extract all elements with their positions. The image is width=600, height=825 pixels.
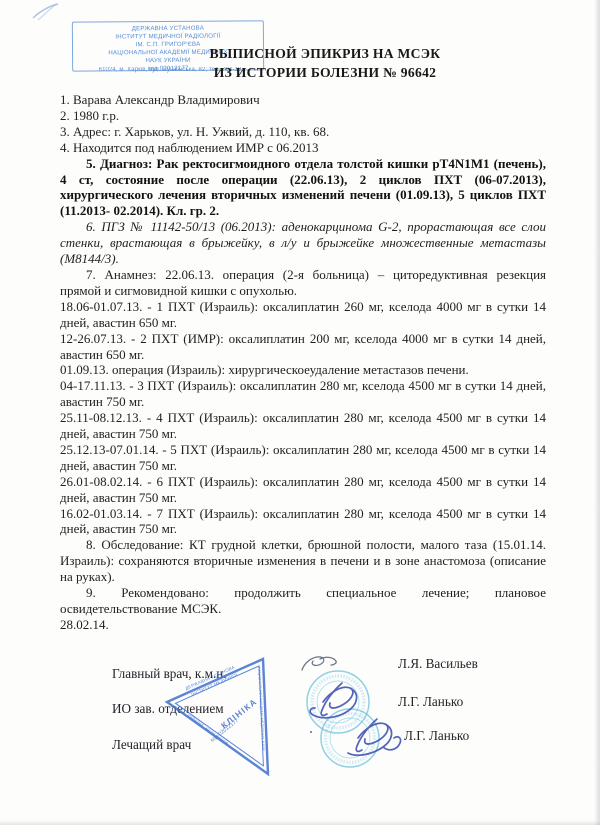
treatment-line: 26.01-08.02.14. - 6 ПХТ (Израиль): оксал… [60,474,546,506]
document-page: ДЕРЖАВНА УСТАНОВА ІНСТИТУТ МЕДИЧНОЇ РАДІ… [0,0,600,825]
anamnesis-paragraph: 7. Анамнез: 22.06.13. операция (2-я боль… [60,267,546,299]
scan-edge-shade [594,0,600,825]
examination-paragraph: 8. Обследование: КТ грудной клетки, брюш… [60,537,546,585]
scan-edge-shade [0,820,600,825]
round-seal-and-signatures [280,640,460,790]
treatment-line: 04-17.11.13. - 3 ПХТ (Израиль): оксалипл… [60,378,546,410]
title-line: ВЫПИСНОЙ ЭПИКРИЗ НА МСЭК [165,45,485,64]
list-item: 2. 1980 г.р. [60,108,546,124]
diagnosis-paragraph: 5. Диагноз: Рак ректосигмоидного отдела … [60,156,546,220]
round-seal-stamp [307,671,379,767]
treatment-line: 16.02-01.03.14. - 7 ПХТ (Израиль): оксал… [60,506,546,538]
document-date: 28.02.14. [60,617,546,633]
treatment-line: 12-26.07.13. - 2 ПХТ (ИМР): оксалиплатин… [60,331,546,363]
recommendation-paragraph: 9. Рекомендовано: продолжить специальное… [60,585,546,617]
treatment-line: 01.09.13. операция (Израиль): хирургичес… [60,362,546,378]
list-item: 4. Находится под наблюдением ИМР с 06.20… [60,140,546,156]
pen-mark [25,0,75,25]
list-item: 1. Варава Александр Владимирович [60,92,546,108]
treatment-line: 25.11-08.12.13. - 4 ПХТ (Израиль): оксал… [60,410,546,442]
histology-paragraph: 6. ПГЗ № 11142-50/13 (06.2013): аденокар… [60,219,546,267]
list-item: 3. Адрес: г. Харьков, ул. Н. Ужвий, д. 1… [60,124,546,140]
signature-chief [302,657,336,670]
triangle-stamp-text: КЛІНІКА [219,696,259,730]
treatment-line: 25.12.13-07.01.14. - 5 ПХТ (Израиль): ок… [60,442,546,474]
ink-dot [310,731,312,733]
title-line: ИЗ ИСТОРИИ БОЛЕЗНИ № 96642 [165,64,485,83]
treatment-line: 18.06-01.07.13. - 1 ПХТ (Израиль): оксал… [60,299,546,331]
page-title: ВЫПИСНОЙ ЭПИКРИЗ НА МСЭК ИЗ ИСТОРИИ БОЛЕ… [165,45,485,82]
document-body: 1. Варава Александр Владимирович 2. 1980… [60,92,546,633]
